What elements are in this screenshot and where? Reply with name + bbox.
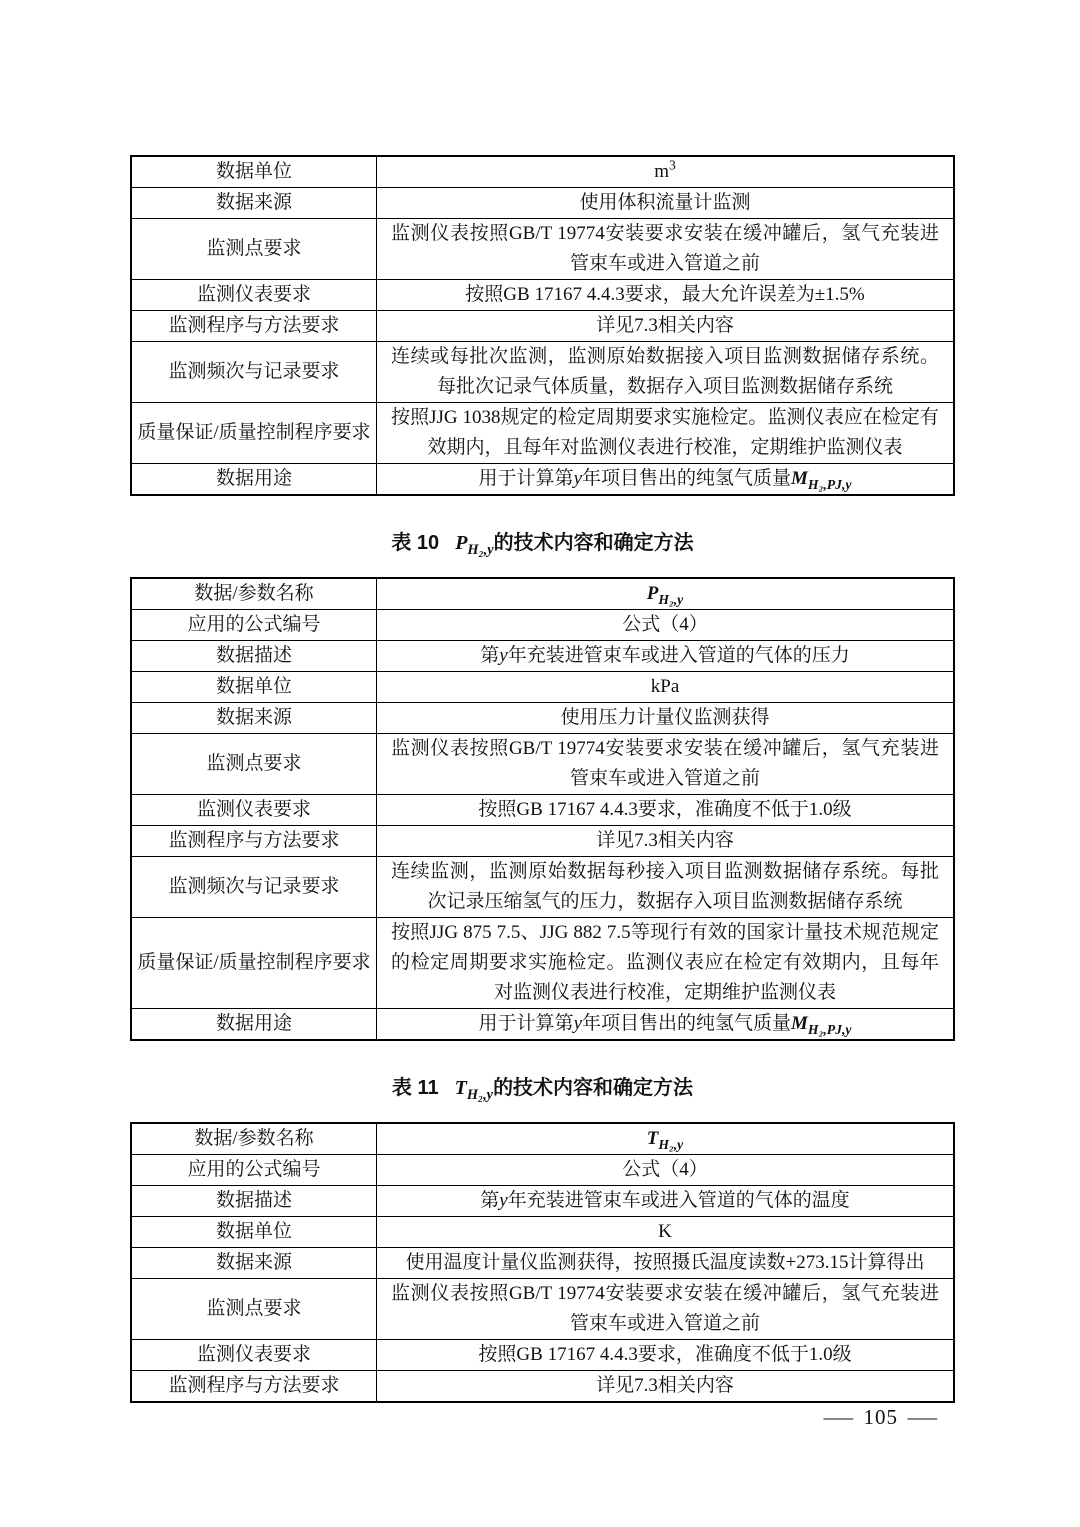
- table-row: 监测程序与方法要求详见7.3相关内容: [131, 1371, 954, 1403]
- page-number: —105—: [814, 1405, 949, 1430]
- table-row: 数据用途用于计算第y年项目售出的纯氢气质量MH₂,PJ,y: [131, 464, 954, 496]
- row-value: 第y年充装进管束车或进入管道的气体的温度: [377, 1186, 955, 1217]
- table-row: 监测点要求监测仪表按照GB/T 19774安装要求安装在缓冲罐后，氢气充装进管束…: [131, 1279, 954, 1340]
- row-value: PH₂,y: [377, 578, 955, 610]
- table-row: 质量保证/质量控制程序要求按照JJG 1038规定的检定周期要求实施检定。监测仪…: [131, 403, 954, 464]
- row-value: 公式（4）: [377, 610, 955, 641]
- row-label: 监测程序与方法要求: [131, 311, 377, 342]
- table-11-caption-formula: TH₂,y: [455, 1077, 493, 1099]
- row-label: 监测点要求: [131, 1279, 377, 1340]
- table-11-caption-text: 的技术内容和确定方法: [493, 1077, 693, 1099]
- row-label: 应用的公式编号: [131, 610, 377, 641]
- table-row: 数据用途用于计算第y年项目售出的纯氢气质量MH₂,PJ,y: [131, 1009, 954, 1041]
- table-11-caption-number: 表 11: [392, 1077, 439, 1099]
- table-10-caption-formula: PH₂,y: [455, 532, 493, 554]
- row-label: 数据描述: [131, 641, 377, 672]
- table-body: 数据/参数名称TH₂,y应用的公式编号公式（4）数据描述第y年充装进管束车或进入…: [131, 1123, 954, 1402]
- row-label: 监测仪表要求: [131, 280, 377, 311]
- table-row: 监测频次与记录要求连续监测，监测原始数据每秒接入项目监测数据储存系统。每批次记录…: [131, 857, 954, 918]
- table-11-section: 表 11TH₂,y的技术内容和确定方法 数据/参数名称TH₂,y应用的公式编号公…: [130, 1071, 955, 1403]
- row-label: 应用的公式编号: [131, 1155, 377, 1186]
- row-value: K: [377, 1217, 955, 1248]
- row-label: 监测程序与方法要求: [131, 1371, 377, 1403]
- row-value: 公式（4）: [377, 1155, 955, 1186]
- row-value: 连续监测，监测原始数据每秒接入项目监测数据储存系统。每批次记录压缩氢气的压力，数…: [377, 857, 955, 918]
- table-10-section: 表 10PH₂,y的技术内容和确定方法 数据/参数名称PH₂,y应用的公式编号公…: [130, 526, 955, 1041]
- table-9-continuation-section: 数据单位m3数据来源使用体积流量计监测监测点要求监测仪表按照GB/T 19774…: [130, 155, 955, 496]
- row-value: m3: [377, 156, 955, 188]
- row-label: 数据/参数名称: [131, 578, 377, 610]
- row-value: 按照JJG 875 7.5、JJG 882 7.5等现行有效的国家计量技术规范规…: [377, 918, 955, 1009]
- table-row: 应用的公式编号公式（4）: [131, 1155, 954, 1186]
- table-10-caption: 表 10PH₂,y的技术内容和确定方法: [130, 526, 955, 555]
- row-value: 监测仪表按照GB/T 19774安装要求安装在缓冲罐后，氢气充装进管束车或进入管…: [377, 734, 955, 795]
- row-value: 详见7.3相关内容: [377, 826, 955, 857]
- row-value: 用于计算第y年项目售出的纯氢气质量MH₂,PJ,y: [377, 1009, 955, 1041]
- row-label: 监测点要求: [131, 219, 377, 280]
- page-number-left-dash: —: [823, 1405, 854, 1430]
- row-label: 监测仪表要求: [131, 1340, 377, 1371]
- row-label: 监测仪表要求: [131, 795, 377, 826]
- row-label: 数据用途: [131, 1009, 377, 1041]
- row-label: 监测频次与记录要求: [131, 342, 377, 403]
- row-value: 使用温度计量仪监测获得，按照摄氏温度读数+273.15计算得出: [377, 1248, 955, 1279]
- row-label: 数据/参数名称: [131, 1123, 377, 1155]
- row-label: 数据单位: [131, 156, 377, 188]
- row-label: 监测频次与记录要求: [131, 857, 377, 918]
- table-row: 数据/参数名称PH₂,y: [131, 578, 954, 610]
- row-value: 连续或每批次监测，监测原始数据接入项目监测数据储存系统。每批次记录气体质量，数据…: [377, 342, 955, 403]
- page-number-right-dash: —: [908, 1405, 939, 1430]
- table-row: 数据描述第y年充装进管束车或进入管道的气体的温度: [131, 1186, 954, 1217]
- table-row: 监测点要求监测仪表按照GB/T 19774安装要求安装在缓冲罐后，氢气充装进管束…: [131, 219, 954, 280]
- row-label: 数据来源: [131, 703, 377, 734]
- row-value: 详见7.3相关内容: [377, 1371, 955, 1403]
- row-label: 数据描述: [131, 1186, 377, 1217]
- row-label: 数据用途: [131, 464, 377, 496]
- row-value: kPa: [377, 672, 955, 703]
- parameter-table-continuation: 数据单位m3数据来源使用体积流量计监测监测点要求监测仪表按照GB/T 19774…: [130, 155, 955, 496]
- table-row: 数据来源使用温度计量仪监测获得，按照摄氏温度读数+273.15计算得出: [131, 1248, 954, 1279]
- table-10-caption-number: 表 10: [391, 532, 439, 554]
- table-body: 数据/参数名称PH₂,y应用的公式编号公式（4）数据描述第y年充装进管束车或进入…: [131, 578, 954, 1040]
- table-row: 监测频次与记录要求连续或每批次监测，监测原始数据接入项目监测数据储存系统。每批次…: [131, 342, 954, 403]
- row-label: 质量保证/质量控制程序要求: [131, 403, 377, 464]
- row-value: 第y年充装进管束车或进入管道的气体的压力: [377, 641, 955, 672]
- row-label: 数据单位: [131, 672, 377, 703]
- row-value: TH₂,y: [377, 1123, 955, 1155]
- table-row: 数据来源使用压力计量仪监测获得: [131, 703, 954, 734]
- row-value: 监测仪表按照GB/T 19774安装要求安装在缓冲罐后，氢气充装进管束车或进入管…: [377, 1279, 955, 1340]
- row-value: 按照JJG 1038规定的检定周期要求实施检定。监测仪表应在检定有效期内，且每年…: [377, 403, 955, 464]
- row-value: 按照GB 17167 4.4.3要求，准确度不低于1.0级: [377, 795, 955, 826]
- page-number-value: 105: [864, 1405, 899, 1429]
- table-row: 监测程序与方法要求详见7.3相关内容: [131, 826, 954, 857]
- table-10-caption-text: 的技术内容和确定方法: [494, 532, 694, 554]
- table-row: 监测仪表要求按照GB 17167 4.4.3要求，准确度不低于1.0级: [131, 795, 954, 826]
- row-label: 监测点要求: [131, 734, 377, 795]
- row-value: 使用体积流量计监测: [377, 188, 955, 219]
- table-row: 数据/参数名称TH₂,y: [131, 1123, 954, 1155]
- row-value: 用于计算第y年项目售出的纯氢气质量MH₂,PJ,y: [377, 464, 955, 496]
- row-value: 监测仪表按照GB/T 19774安装要求安装在缓冲罐后，氢气充装进管束车或进入管…: [377, 219, 955, 280]
- table-row: 质量保证/质量控制程序要求按照JJG 875 7.5、JJG 882 7.5等现…: [131, 918, 954, 1009]
- page-content: 数据单位m3数据来源使用体积流量计监测监测点要求监测仪表按照GB/T 19774…: [130, 155, 955, 1403]
- row-label: 数据来源: [131, 1248, 377, 1279]
- row-value: 详见7.3相关内容: [377, 311, 955, 342]
- row-label: 质量保证/质量控制程序要求: [131, 918, 377, 1009]
- table-row: 监测程序与方法要求详见7.3相关内容: [131, 311, 954, 342]
- row-label: 数据单位: [131, 1217, 377, 1248]
- table-row: 应用的公式编号公式（4）: [131, 610, 954, 641]
- document-page: 数据单位m3数据来源使用体积流量计监测监测点要求监测仪表按照GB/T 19774…: [0, 0, 1080, 1527]
- table-body: 数据单位m3数据来源使用体积流量计监测监测点要求监测仪表按照GB/T 19774…: [131, 156, 954, 495]
- parameter-table-10: 数据/参数名称PH₂,y应用的公式编号公式（4）数据描述第y年充装进管束车或进入…: [130, 577, 955, 1041]
- parameter-table-11: 数据/参数名称TH₂,y应用的公式编号公式（4）数据描述第y年充装进管束车或进入…: [130, 1122, 955, 1403]
- table-row: 数据单位kPa: [131, 672, 954, 703]
- table-row: 监测仪表要求按照GB 17167 4.4.3要求，最大允许误差为±1.5%: [131, 280, 954, 311]
- row-label: 数据来源: [131, 188, 377, 219]
- table-row: 监测仪表要求按照GB 17167 4.4.3要求，准确度不低于1.0级: [131, 1340, 954, 1371]
- row-label: 监测程序与方法要求: [131, 826, 377, 857]
- table-11-caption: 表 11TH₂,y的技术内容和确定方法: [130, 1071, 955, 1100]
- table-row: 数据来源使用体积流量计监测: [131, 188, 954, 219]
- table-row: 数据单位K: [131, 1217, 954, 1248]
- table-row: 监测点要求监测仪表按照GB/T 19774安装要求安装在缓冲罐后，氢气充装进管束…: [131, 734, 954, 795]
- row-value: 按照GB 17167 4.4.3要求，准确度不低于1.0级: [377, 1340, 955, 1371]
- table-row: 数据描述第y年充装进管束车或进入管道的气体的压力: [131, 641, 954, 672]
- row-value: 按照GB 17167 4.4.3要求，最大允许误差为±1.5%: [377, 280, 955, 311]
- row-value: 使用压力计量仪监测获得: [377, 703, 955, 734]
- table-row: 数据单位m3: [131, 156, 954, 188]
